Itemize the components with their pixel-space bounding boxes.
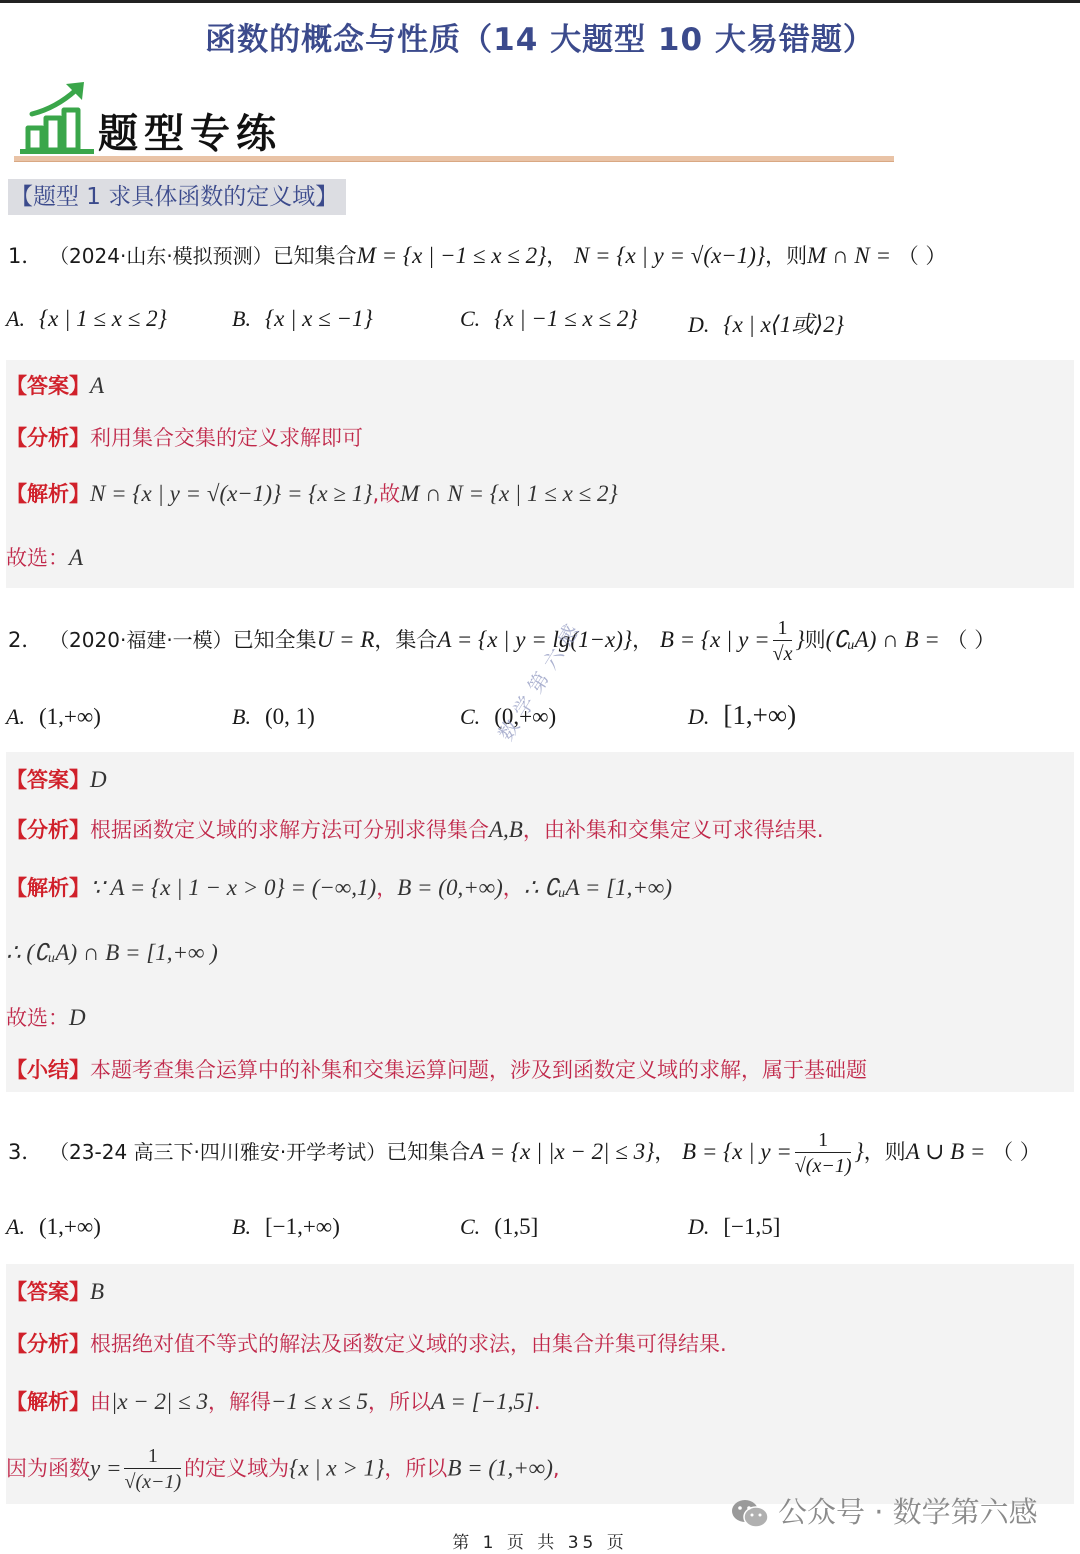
question-3-stem: 3． （23-24 高三下·四川雅安·开学考试）已知集合A = {x | |x … (8, 1128, 1041, 1179)
question-3-answer: 【答案】B (6, 1276, 104, 1306)
option-value: {x | 1 ≤ x ≤ 2} (39, 306, 167, 331)
answer-label: 【答案】 (6, 768, 90, 792)
summary-text: 本题考查集合运算中的补集和交集运算问题，涉及到函数定义域的求解，属于基础题 (90, 1058, 867, 1082)
option-letter: A. (6, 1214, 25, 1239)
option-value: {x | −1 ≤ x ≤ 2} (494, 306, 637, 331)
stem-text: 已知全集 (233, 628, 317, 652)
option-letter: B. (232, 704, 251, 729)
answer-blank: （ ） (992, 1140, 1041, 1164)
option-c: C.(1,5] (460, 1214, 538, 1240)
solution-text: 的定义域为 (184, 1457, 289, 1481)
solution-text: ， (503, 876, 524, 900)
solution-math: ∴ (∁ᵤA) ∩ B = [1,+∞ ) (6, 940, 218, 965)
stem-text: 已知集合 (386, 1140, 470, 1164)
solution-math: −1 ≤ x ≤ 5 (271, 1389, 368, 1414)
question-2-analysis: 【分析】根据函数定义域的求解方法可分别求得集合A,B，由补集和交集定义可求得结果… (6, 814, 824, 844)
question-2-solution-conclusion: ∴ (∁ᵤA) ∩ B = [1,+∞ ) (6, 940, 218, 966)
question-1-solution: 【解析】N = {x | y = √(x−1)} = {x ≥ 1},故M ∩ … (6, 478, 618, 508)
analysis-text: ，由补集和交集定义可求得结果. (523, 818, 824, 842)
solution-math: A = [−1,5] (431, 1389, 534, 1414)
fraction: 1√(x−1) (124, 1444, 181, 1495)
question-number: 1． (8, 244, 42, 268)
universal-set-expression: U = R (317, 627, 375, 652)
option-d: D.[−1,5] (688, 1214, 780, 1240)
summary-label: 【小结】 (6, 1058, 90, 1082)
section-title: 题型专练 (98, 102, 282, 159)
solution-label: 【解析】 (6, 876, 90, 900)
option-value: {x | x ≤ −1} (265, 306, 373, 331)
document-title: 函数的概念与性质（14 大题型 10 大易错题） (0, 14, 1080, 59)
option-b: B.[−1,+∞) (232, 1214, 340, 1240)
option-value: [1,+∞) (723, 700, 796, 730)
answer-blank: （ ） (947, 628, 996, 652)
option-b: B.(0, 1) (232, 704, 315, 730)
question-2-answer: 【答案】D (6, 764, 107, 794)
option-c: C.{x | −1 ≤ x ≤ 2} (460, 306, 638, 332)
question-number: 2． (8, 628, 42, 652)
target-expression: A ∪ B = (906, 1139, 986, 1164)
analysis-text: 根据函数定义域的求解方法可分别求得集合 (90, 818, 489, 842)
solution-text: ，解得 (208, 1390, 271, 1414)
option-a: A.{x | 1 ≤ x ≤ 2} (6, 306, 167, 332)
fraction-numerator: 1 (773, 616, 793, 641)
option-value: [−1,5] (723, 1214, 780, 1239)
option-a: A.(1,+∞) (6, 704, 101, 730)
question-number: 3． (8, 1140, 42, 1164)
option-b: B.{x | x ≤ −1} (232, 306, 373, 332)
question-3-analysis: 【分析】根据绝对值不等式的解法及函数定义域的求法，由集合并集可得结果. (6, 1328, 727, 1358)
solution-math: B = (0,+∞) (397, 875, 503, 900)
solution-label: 【解析】 (6, 1390, 90, 1414)
solution-text: ， (376, 876, 397, 900)
fraction-denominator: √x (773, 641, 793, 667)
answer-label: 【答案】 (6, 1280, 90, 1304)
solution-text: 由 (90, 1390, 111, 1414)
analysis-label: 【分析】 (6, 1332, 90, 1356)
choose-value: D (69, 1005, 86, 1030)
set-n-expression: N = {x | y = √(x−1)} (574, 243, 765, 268)
solution-math: y = (90, 1456, 121, 1481)
answer-value: D (90, 767, 107, 792)
question-1-answer-block (6, 360, 1074, 588)
option-d: D.[1,+∞) (688, 700, 796, 731)
solution-math: ∴ ∁ᵤA = [1,+∞) (524, 875, 672, 900)
target-expression: (∁ᵤA) ∩ B = (826, 627, 940, 652)
section-header: 题型专练 (14, 74, 894, 166)
set-b-close: } (795, 627, 804, 652)
choose-label: 故选： (6, 1006, 69, 1030)
option-letter: A. (6, 306, 25, 331)
question-3-solution: 【解析】由|x − 2| ≤ 3，解得−1 ≤ x ≤ 5，所以A = [−1,… (6, 1386, 541, 1416)
target-expression: M ∩ N = (807, 243, 891, 268)
stem-text: 则 (805, 628, 826, 652)
question-type-tag: 【题型 1 求具体函数的定义域】 (8, 179, 346, 215)
option-letter: B. (232, 1214, 251, 1239)
option-letter: D. (688, 312, 709, 337)
top-border (0, 0, 1080, 3)
fraction-denominator: √(x−1) (124, 1469, 181, 1495)
page-number: 第 1 页 共 35 页 (0, 1528, 1080, 1553)
growth-chart-icon (18, 78, 98, 156)
stem-text: ，则 (864, 1140, 906, 1164)
set-b-expression: B = {x | y = (660, 627, 770, 652)
option-letter: D. (688, 704, 709, 729)
answer-value: A (90, 373, 104, 398)
brand-watermark: 公众号 · 数学第六感 (730, 1490, 1038, 1531)
option-letter: B. (232, 306, 251, 331)
question-1-analysis: 【分析】利用集合交集的定义求解即可 (6, 422, 363, 452)
choose-value: A (69, 545, 83, 570)
solution-text: , (553, 1457, 560, 1481)
analysis-math: A,B (489, 817, 523, 842)
solution-math: N = {x | y = √(x−1)} = {x ≥ 1} (90, 481, 372, 506)
solution-math: ∵ A = {x | 1 − x > 0} = (−∞,1) (90, 875, 376, 900)
fraction-numerator: 1 (795, 1128, 852, 1153)
answer-value: B (90, 1279, 104, 1304)
option-value: (1,5] (494, 1214, 538, 1239)
solution-math: B = (1,+∞) (447, 1456, 553, 1481)
choose-label: 故选： (6, 546, 69, 570)
option-letter: C. (460, 1214, 480, 1239)
set-a-expression: A = {x | y = lg(1−x)} (437, 627, 632, 652)
section-divider (14, 156, 894, 162)
set-m-expression: M = {x | −1 ≤ x ≤ 2} (357, 243, 547, 268)
set-b-close: } (854, 1139, 863, 1164)
solution-text: ，所以 (368, 1390, 431, 1414)
solution-math: |x − 2| ≤ 3 (111, 1389, 208, 1414)
fraction: 1√x (773, 616, 793, 667)
question-source: （23-24 高三下·四川雅安·开学考试） (49, 1140, 386, 1164)
analysis-label: 【分析】 (6, 426, 90, 450)
question-3-solution-domain: 因为函数y =1√(x−1)的定义域为{x | x > 1}，所以B = (1,… (6, 1444, 560, 1495)
set-a-expression: A = {x | |x − 2| ≤ 3} (470, 1139, 654, 1164)
question-1-answer: 【答案】A (6, 370, 104, 400)
wechat-icon (730, 1498, 770, 1530)
fraction-numerator: 1 (124, 1444, 181, 1469)
stem-text: ，集合 (374, 628, 437, 652)
question-source: （2020·福建·一模） (49, 628, 233, 652)
answer-label: 【答案】 (6, 374, 90, 398)
question-1-choose: 故选：A (6, 542, 83, 572)
question-2-choose: 故选：D (6, 1002, 86, 1032)
solution-text: ，所以 (384, 1457, 447, 1481)
stem-text: ， (654, 1140, 675, 1164)
stem-text: 已知集合 (273, 244, 357, 268)
analysis-text: 利用集合交集的定义求解即可 (90, 426, 363, 450)
option-value: [−1,+∞) (265, 1214, 340, 1239)
option-letter: C. (460, 306, 480, 331)
solution-text: 因为函数 (6, 1457, 90, 1481)
option-value: (1,+∞) (39, 704, 101, 729)
option-value: (0, 1) (265, 704, 315, 729)
option-letter: A. (6, 704, 25, 729)
brand-text: 公众号 · 数学第六感 (778, 1495, 1038, 1529)
option-letter: C. (460, 704, 480, 729)
option-value: (1,+∞) (39, 1214, 101, 1239)
solution-math: {x | x > 1} (289, 1456, 384, 1481)
solution-text: . (534, 1390, 541, 1414)
option-a: A.(1,+∞) (6, 1214, 101, 1240)
question-2-solution: 【解析】∵ A = {x | 1 − x > 0} = (−∞,1)，B = (… (6, 872, 672, 902)
option-d: D.{x | x⟨1或⟩2} (688, 306, 844, 339)
question-source: （2024·山东·模拟预测） (49, 244, 273, 268)
stem-text: ，则 (765, 244, 807, 268)
stem-text: ， (546, 244, 567, 268)
fraction-denominator: √(x−1) (795, 1153, 852, 1179)
solution-text: ,故 (372, 482, 400, 506)
question-2-answer-block (6, 752, 1074, 1092)
analysis-text: 根据绝对值不等式的解法及函数定义域的求法，由集合并集可得结果. (90, 1332, 727, 1356)
option-letter: D. (688, 1214, 709, 1239)
option-value: {x | x⟨1或⟩2} (723, 312, 844, 337)
set-b-expression: B = {x | y = (682, 1139, 792, 1164)
analysis-label: 【分析】 (6, 818, 90, 842)
stem-text: ， (632, 628, 653, 652)
question-2-summary: 【小结】本题考查集合运算中的补集和交集运算问题，涉及到函数定义域的求解，属于基础… (6, 1054, 867, 1084)
fraction: 1√(x−1) (795, 1128, 852, 1179)
question-1-stem: 1． （2024·山东·模拟预测）已知集合M = {x | −1 ≤ x ≤ 2… (8, 240, 946, 270)
solution-label: 【解析】 (6, 482, 90, 506)
answer-blank: （ ） (898, 244, 947, 268)
question-2-stem: 2． （2020·福建·一模）已知全集U = R，集合A = {x | y = … (8, 616, 995, 667)
solution-math: M ∩ N = {x | 1 ≤ x ≤ 2} (400, 481, 618, 506)
